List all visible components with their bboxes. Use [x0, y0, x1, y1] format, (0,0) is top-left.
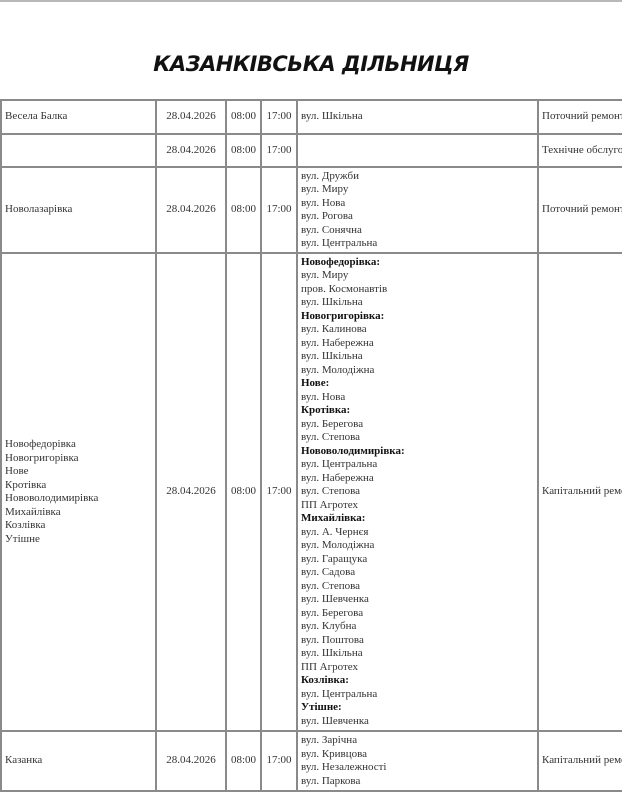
table-row: 28.04.202608:0017:00Технічне обслуговува… [1, 134, 622, 167]
street-name: вул. Нова [301, 391, 534, 405]
street-name: вул. Шкільна [301, 296, 534, 310]
start-time-cell: 08:00 [226, 253, 261, 731]
street-name: вул. Берегова [301, 607, 534, 621]
street-name: вул. Набережна [301, 337, 534, 351]
settlement-name: Утішне [5, 533, 152, 547]
work-type-cell: Технічне обслуговування [538, 134, 622, 167]
street-name: вул. Берегова [301, 418, 534, 432]
settlement-name: Кротівка [5, 479, 152, 493]
settlements-cell: Казанка [1, 731, 156, 791]
table-row: НовофедорівкаНовогригорівкаНовеКротівкаН… [1, 253, 622, 731]
settlements-cell: НовофедорівкаНовогригорівкаНовеКротівкаН… [1, 253, 156, 731]
street-name: вул. Центральна [301, 688, 534, 702]
street-name: вул. Шевченка [301, 593, 534, 607]
street-name: вул. Шкільна [301, 350, 534, 364]
streets-cell: вул. Дружбивул. Мирувул. Новавул. Рогова… [297, 167, 538, 253]
street-name: вул. Незалежності [301, 761, 534, 775]
settlement-name: Казанка [5, 754, 152, 768]
street-name: вул. Молодіжна [301, 364, 534, 378]
street-name: вул. Центральна [301, 237, 534, 251]
village-heading: Новофедорівка: [301, 256, 534, 270]
street-name: пров. Космонавтів [301, 283, 534, 297]
streets-cell: вул. Зарічнавул. Кривцовавул. Незалежнос… [297, 731, 538, 791]
street-name: вул. А. Чернєя [301, 526, 534, 540]
street-name: вул. Садова [301, 566, 534, 580]
street-name: вул. Миру [301, 183, 534, 197]
settlement-name: Новофедорівка [5, 438, 152, 452]
end-time-cell: 17:00 [261, 134, 297, 167]
street-name: вул. Гаращука [301, 553, 534, 567]
street-name: вул. Шкільна [301, 647, 534, 661]
settlement-name: Новолазарівка [5, 203, 152, 217]
village-heading: Нововолодимирівка: [301, 445, 534, 459]
street-name: вул. Рогова [301, 210, 534, 224]
table-row: Новолазарівка28.04.202608:0017:00вул. Др… [1, 167, 622, 253]
village-heading: Михайлівка: [301, 512, 534, 526]
top-divider [0, 0, 622, 2]
village-heading: Козлівка: [301, 674, 534, 688]
street-name: ПП Агротех [301, 661, 534, 675]
end-time-cell: 17:00 [261, 167, 297, 253]
settlement-name: Михайлівка [5, 506, 152, 520]
street-name: вул. Сонячна [301, 224, 534, 238]
village-heading: Нове: [301, 377, 534, 391]
end-time-cell: 17:00 [261, 731, 297, 791]
street-name: вул. Дружби [301, 170, 534, 184]
settlements-cell: Новолазарівка [1, 167, 156, 253]
start-time-cell: 08:00 [226, 167, 261, 253]
street-name: вул. Миру [301, 269, 534, 283]
table-row: Казанка28.04.202608:0017:00вул. Зарічнав… [1, 731, 622, 791]
street-name: вул. Степова [301, 485, 534, 499]
street-name: ПП Агротех [301, 499, 534, 513]
start-time-cell: 08:00 [226, 731, 261, 791]
village-heading: Утішне: [301, 701, 534, 715]
settlement-name: Весела Балка [5, 110, 152, 124]
settlement-name: Нове [5, 465, 152, 479]
village-heading: Новогригорівка: [301, 310, 534, 324]
date-cell: 28.04.2026 [156, 167, 226, 253]
settlement-name: Нововолодимирівка [5, 492, 152, 506]
street-name: вул. Паркова [301, 775, 534, 789]
work-type-cell: Капітальний ремонт [538, 731, 622, 791]
end-time-cell: 17:00 [261, 100, 297, 134]
street-name: вул. Шкільна [301, 110, 534, 124]
start-time-cell: 08:00 [226, 134, 261, 167]
date-cell: 28.04.2026 [156, 100, 226, 134]
start-time-cell: 08:00 [226, 100, 261, 134]
date-cell: 28.04.2026 [156, 731, 226, 791]
street-name: вул. Калинова [301, 323, 534, 337]
street-name: вул. Набережна [301, 472, 534, 486]
end-time-cell: 17:00 [261, 253, 297, 731]
schedule-body: Весела Балка28.04.202608:0017:00вул. Шкі… [1, 100, 622, 791]
date-cell: 28.04.2026 [156, 134, 226, 167]
outage-schedule-table: Весела Балка28.04.202608:0017:00вул. Шкі… [0, 99, 622, 792]
date-cell: 28.04.2026 [156, 253, 226, 731]
streets-cell [297, 134, 538, 167]
table-row: Весела Балка28.04.202608:0017:00вул. Шкі… [1, 100, 622, 134]
settlement-name: Новогригорівка [5, 452, 152, 466]
street-name: вул. Зарічна [301, 734, 534, 748]
streets-cell: Новофедорівка:вул. Мирупров. Космонавтів… [297, 253, 538, 731]
street-name: вул. Нова [301, 197, 534, 211]
streets-cell: вул. Шкільна [297, 100, 538, 134]
settlement-name: Козлівка [5, 519, 152, 533]
street-name: вул. Кривцова [301, 748, 534, 762]
village-heading: Кротівка: [301, 404, 534, 418]
page-title: КАЗАНКІВСЬКА ДІЛЬНИЦЯ [0, 52, 622, 76]
work-type-cell: Поточний ремонт [538, 167, 622, 253]
settlements-cell: Весела Балка [1, 100, 156, 134]
street-name: вул. Шевченка [301, 715, 534, 729]
street-name: вул. Поштова [301, 634, 534, 648]
street-name: вул. Степова [301, 580, 534, 594]
street-name: вул. Молодіжна [301, 539, 534, 553]
work-type-cell: Капітальний ремонт [538, 253, 622, 731]
settlements-cell [1, 134, 156, 167]
work-type-cell: Поточний ремонт [538, 100, 622, 134]
street-name: вул. Степова [301, 431, 534, 445]
street-name: вул. Центральна [301, 458, 534, 472]
street-name: вул. Клубна [301, 620, 534, 634]
